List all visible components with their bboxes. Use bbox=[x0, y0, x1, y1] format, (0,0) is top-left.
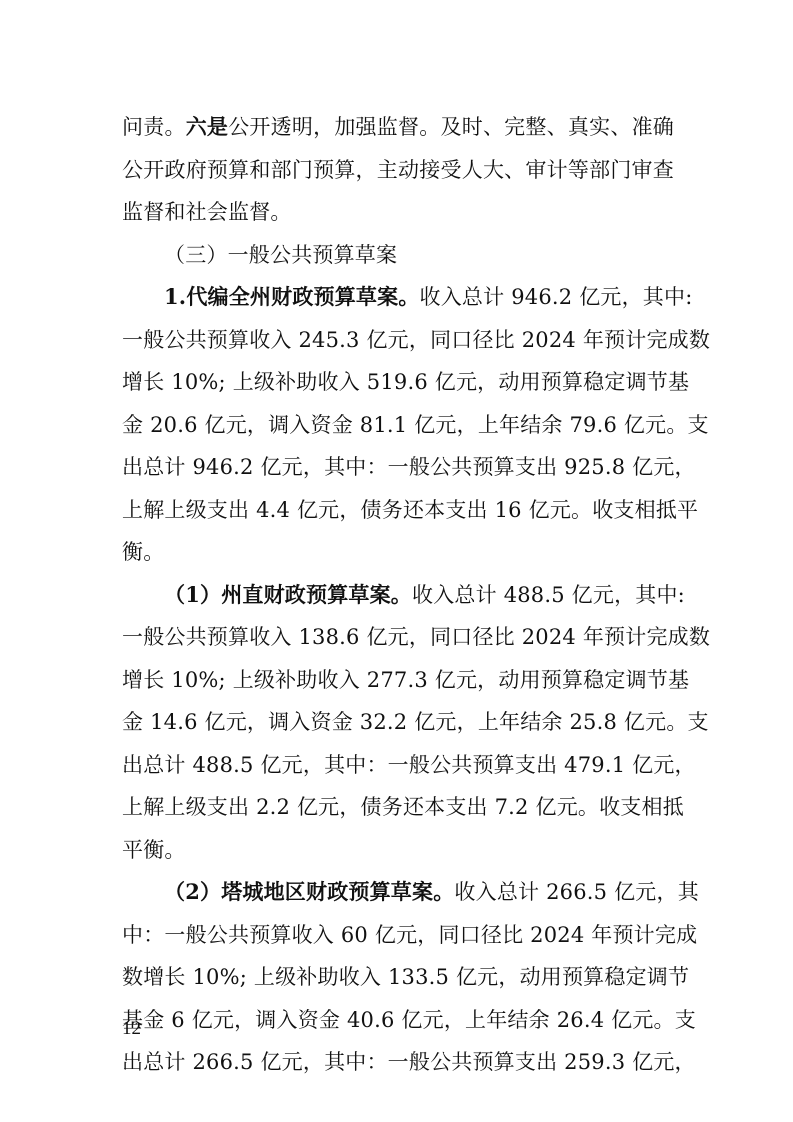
paragraph-transparency: 问责。六是公开透明，加强监督。及时、完整、真实、准确 公开政府预算和部门预算，主… bbox=[122, 106, 674, 234]
text-segment: 收入总计 946.2 亿元，其中: bbox=[420, 285, 693, 309]
text-segment: 上解上级支出 2.2 亿元，债务还本支出 7.2 亿元。收支相抵 bbox=[122, 795, 684, 819]
text-line: 数增长 10%; 上级补助收入 133.5 亿元，动用预算稳定调节 bbox=[122, 956, 674, 999]
paragraph-prefecture-direct-budget: （1）州直财政预算草案。收入总计 488.5 亿元，其中: 一般公共预算收入 1… bbox=[122, 574, 674, 872]
paragraph-county-budget: 1.代编全州财政预算草案。收入总计 946.2 亿元，其中: 一般公共预算收入 … bbox=[122, 276, 674, 574]
text-line: 1.代编全州财政预算草案。收入总计 946.2 亿元，其中: bbox=[122, 276, 674, 319]
text-segment: 问责。 bbox=[122, 115, 186, 139]
text-line: 上解上级支出 4.4 亿元，债务还本支出 16 亿元。收支相抵平 bbox=[122, 489, 674, 532]
text-segment: 收入总计 266.5 亿元，其 bbox=[454, 880, 698, 904]
text-line: 一般公共预算收入 245.3 亿元，同口径比 2024 年预计完成数 bbox=[122, 319, 674, 362]
text-segment: 金 20.6 亿元，调入资金 81.1 亿元，上年结余 79.6 亿元。支 bbox=[122, 413, 709, 437]
text-segment: 上解上级支出 4.4 亿元，债务还本支出 16 亿元。收支相抵平 bbox=[122, 498, 698, 522]
text-line: 中：一般公共预算收入 60 亿元，同口径比 2024 年预计完成 bbox=[122, 914, 674, 957]
text-segment: 金 14.6 亿元，调入资金 32.2 亿元，上年结余 25.8 亿元。支 bbox=[122, 710, 709, 734]
text-line: 衡。 bbox=[122, 531, 674, 574]
text-segment: 出总计 488.5 亿元，其中：一般公共预算支出 479.1 亿元， bbox=[122, 753, 696, 777]
text-line: 问责。六是公开透明，加强监督。及时、完整、真实、准确 bbox=[122, 106, 674, 149]
text-segment: 一般公共预算收入 138.6 亿元，同口径比 2024 年预计完成数 bbox=[122, 625, 710, 649]
text-segment: 出总计 946.2 亿元，其中：一般公共预算支出 925.8 亿元， bbox=[122, 455, 696, 479]
text-line: （1）州直财政预算草案。收入总计 488.5 亿元，其中: bbox=[122, 574, 674, 617]
text-segment: 基金 6 亿元，调入资金 40.6 亿元，上年结余 26.4 亿元。支 bbox=[122, 1008, 696, 1032]
text-segment: 平衡。 bbox=[122, 838, 186, 862]
text-line: 上解上级支出 2.2 亿元，债务还本支出 7.2 亿元。收支相抵 bbox=[122, 786, 674, 829]
heading-text: （三）一般公共预算草案 bbox=[164, 243, 397, 267]
page-number: 12 bbox=[122, 1018, 141, 1040]
text-line: 增长 10%; 上级补助收入 277.3 亿元，动用预算稳定调节基 bbox=[122, 659, 674, 702]
text-line: （2）塔城地区财政预算草案。收入总计 266.5 亿元，其 bbox=[122, 871, 674, 914]
text-segment: 公开透明，加强监督。及时、完整、真实、准确 bbox=[228, 115, 674, 139]
text-line: 基金 6 亿元，调入资金 40.6 亿元，上年结余 26.4 亿元。支 bbox=[122, 999, 674, 1042]
text-segment: 收入总计 488.5 亿元，其中: bbox=[412, 583, 685, 607]
text-segment: 公开政府预算和部门预算，主动接受人大、审计等部门审查 bbox=[122, 158, 674, 182]
text-line: 金 20.6 亿元，调入资金 81.1 亿元，上年结余 79.6 亿元。支 bbox=[122, 404, 674, 447]
bold-lead: （1）州直财政预算草案。 bbox=[164, 582, 412, 607]
bold-lead: 六是 bbox=[186, 114, 228, 139]
text-segment: 数增长 10%; 上级补助收入 133.5 亿元，动用预算稳定调节 bbox=[122, 965, 689, 989]
text-segment: 中：一般公共预算收入 60 亿元，同口径比 2024 年预计完成 bbox=[122, 923, 697, 947]
text-segment: 增长 10%; 上级补助收入 277.3 亿元，动用预算稳定调节基 bbox=[122, 668, 689, 692]
text-segment: 监督和社会监督。 bbox=[122, 200, 292, 224]
bold-lead: 1.代编全州财政预算草案。 bbox=[164, 284, 420, 309]
section-heading: （三）一般公共预算草案 bbox=[122, 234, 674, 277]
text-segment: 衡。 bbox=[122, 540, 164, 564]
text-line: 增长 10%; 上级补助收入 519.6 亿元，动用预算稳定调节基 bbox=[122, 361, 674, 404]
text-line: 一般公共预算收入 138.6 亿元，同口径比 2024 年预计完成数 bbox=[122, 616, 674, 659]
text-segment: 一般公共预算收入 245.3 亿元，同口径比 2024 年预计完成数 bbox=[122, 328, 710, 352]
text-segment: 出总计 266.5 亿元，其中：一般公共预算支出 259.3 亿元， bbox=[122, 1050, 696, 1074]
document-page: 问责。六是公开透明，加强监督。及时、完整、真实、准确 公开政府预算和部门预算，主… bbox=[122, 106, 674, 1084]
text-line: 出总计 488.5 亿元，其中：一般公共预算支出 479.1 亿元， bbox=[122, 744, 674, 787]
text-line: 平衡。 bbox=[122, 829, 674, 872]
text-line: 出总计 946.2 亿元，其中：一般公共预算支出 925.8 亿元， bbox=[122, 446, 674, 489]
text-line: 出总计 266.5 亿元，其中：一般公共预算支出 259.3 亿元， bbox=[122, 1041, 674, 1084]
text-line: 金 14.6 亿元，调入资金 32.2 亿元，上年结余 25.8 亿元。支 bbox=[122, 701, 674, 744]
text-line: 公开政府预算和部门预算，主动接受人大、审计等部门审查 bbox=[122, 149, 674, 192]
text-segment: 增长 10%; 上级补助收入 519.6 亿元，动用预算稳定调节基 bbox=[122, 370, 689, 394]
text-line: 监督和社会监督。 bbox=[122, 191, 674, 234]
paragraph-tacheng-budget: （2）塔城地区财政预算草案。收入总计 266.5 亿元，其 中：一般公共预算收入… bbox=[122, 871, 674, 1084]
bold-lead: （2）塔城地区财政预算草案。 bbox=[164, 879, 454, 904]
